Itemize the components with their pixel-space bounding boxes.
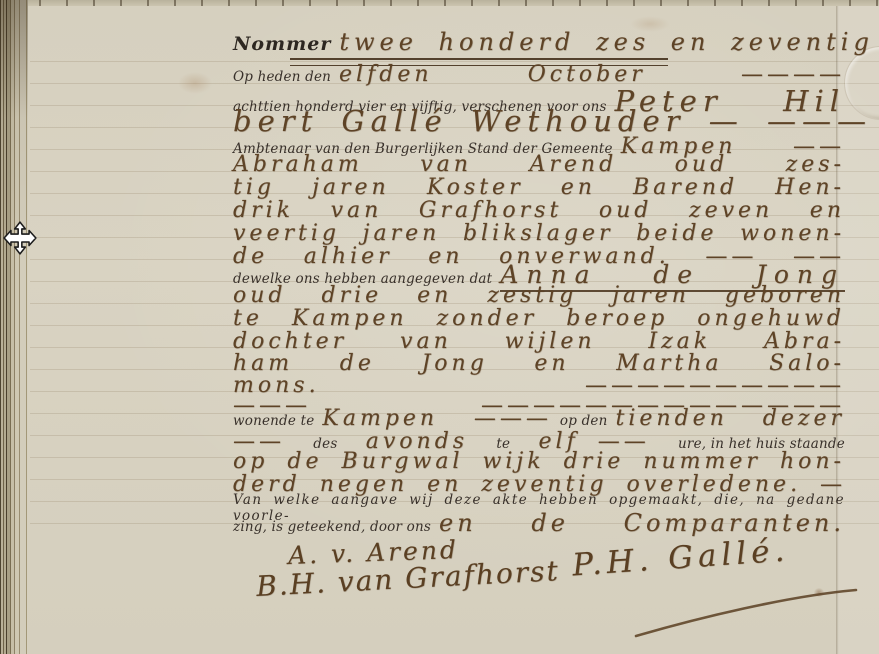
form-line-number: Nommer twee honderd zes en zeventig: [233, 28, 845, 56]
handwritten-deceased-status: te Kampen zonder beroep ongehuwd: [233, 306, 845, 331]
handwritten-declarant-2: drik van Grafhorst oud zeven en: [233, 198, 845, 223]
handwritten-death-day: tienden dezer: [616, 406, 846, 431]
handwritten-declarant-2-details: veertig jaren blikslager beide wonen-: [233, 221, 845, 246]
printed-text: zing, is geteekend, door ons: [233, 519, 431, 535]
handwritten-residence: Kampen ———: [322, 406, 552, 431]
book-binding-edge: [0, 0, 28, 654]
handwritten-death-address-1: op de Burgwal wijk drie nummer hon-: [233, 449, 845, 474]
handwritten-record-number: twee honderd zes en zeventig: [339, 28, 873, 56]
printed-text: op den: [560, 413, 608, 429]
adjacent-page-edge: [26, 0, 879, 6]
form-line-closing-2: zing, is geteekend, door ons en de Compa…: [233, 509, 845, 537]
handwritten-declarant-1-details: tig jaren Koster en Barend Hen-: [233, 175, 845, 200]
signature-flourish: [628, 584, 863, 644]
move-cursor-icon: [3, 221, 37, 255]
form-line-residence-deathdate: wonende te Kampen ——— op den tienden dez…: [233, 406, 845, 431]
handwritten-registrar-title: bert Gallé Wethouder — ———: [233, 104, 845, 138]
printed-text: wonende te: [233, 413, 314, 429]
printed-label-nommer: Nommer: [233, 33, 331, 55]
handwritten-deceased-age: oud drie en zestig jaren geboren: [233, 283, 845, 308]
document-scan-viewport: { "colors": { "paper": "#d8d2c1", "hand_…: [0, 0, 879, 654]
printed-text: Op heden den: [233, 69, 331, 85]
handwritten-declarant-1: Abraham van Arend oud zes-: [233, 152, 845, 177]
